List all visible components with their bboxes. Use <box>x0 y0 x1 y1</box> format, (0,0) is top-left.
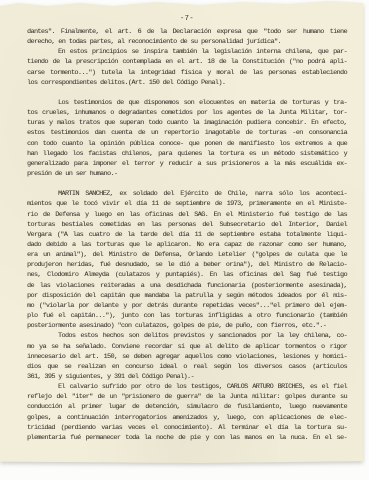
text-line: turas y malos tratos que superan todo cu… <box>27 118 347 128</box>
text-line: conducción al primer lugar de detención,… <box>27 402 347 412</box>
text-line: presión de un ser humano.- <box>27 169 347 179</box>
paragraph: Todos estos hechos son delitos previstos… <box>27 331 347 382</box>
text-line: por disposición del capitán que mandaba … <box>27 291 347 301</box>
text-line: posteriormente asesinado) "con culatazos… <box>27 321 347 331</box>
page-number: -7- <box>27 0 347 27</box>
text-line: En estos principios se inspira también l… <box>27 47 347 57</box>
text-line: plo fué el capitán..."), junto con las t… <box>27 311 347 321</box>
text-line: con todo cuanto la opinión pública conoc… <box>27 139 347 149</box>
text-line: Todos estos hechos son delitos previstos… <box>27 331 347 341</box>
text-line: reflejo del "iter" de un "prisionero de … <box>27 392 347 402</box>
page-content: -7- dantes". Finalmente, el art. 6 de la… <box>27 0 347 443</box>
text-line: estos testimonios dan cuenta de un reper… <box>27 128 347 138</box>
text-line: dantes". Finalmente, el art. 6 de la Dec… <box>27 27 347 37</box>
text-line: de las violaciones reiteradas a una desd… <box>27 281 347 291</box>
text-line: plementaria fué permanecer toda la noche… <box>27 433 347 443</box>
text-line: golpes, a continuación interrogatorios a… <box>27 413 347 423</box>
text-line: rio de Defensa y luego en las oficinas d… <box>27 210 347 220</box>
text-line: los correspondientes delitos.(Art. 150 d… <box>27 78 347 88</box>
text-line: 361, 395 y siguientes, y 391 del Código … <box>27 372 347 382</box>
paragraph: El calvario sufrido por otro de los test… <box>27 382 347 443</box>
text-line: torturas bestiales cometidas en las pers… <box>27 220 347 230</box>
text-line: innecesario del art. 150, se deben agreg… <box>27 352 347 362</box>
text-line: han llegado los facistas chilenos, para … <box>27 149 347 159</box>
text-line: tiendo de la prescripción contemplada en… <box>27 57 347 67</box>
text-line: tricidad (perdiendo varias veces el cono… <box>27 423 347 433</box>
text-line: mo ya se ha señalado. Conviene recordar … <box>27 342 347 352</box>
scanned-page-wrapper: -7- dantes". Finalmente, el art. 6 de la… <box>0 0 363 463</box>
document-page: -7- dantes". Finalmente, el art. 6 de la… <box>0 0 363 463</box>
paragraph: MARTIN SANCHEZ, ex soldado del Ejército … <box>27 189 347 331</box>
text-line: nes, Clodomiro Almeyda (culatazos y punt… <box>27 270 347 280</box>
text-line: Vergara ("A las cuatro de la tarde del d… <box>27 230 347 240</box>
text-line: MARTIN SANCHEZ, ex soldado del Ejército … <box>27 189 347 199</box>
text-line: tos crueles, inhumanos o degradantes com… <box>27 108 347 118</box>
text-line: mo ("violarla por delante y por detrás d… <box>27 301 347 311</box>
text-line: dado debido a las torturas que le aplica… <box>27 240 347 250</box>
text-line: Los testimonios de que disponemos son el… <box>27 98 347 108</box>
paragraph: Los testimonios de que disponemos son el… <box>27 98 347 179</box>
paragraph: dantes". Finalmente, el art. 6 de la Dec… <box>27 27 347 47</box>
text-line: El calvario sufrido por otro de los test… <box>27 382 347 392</box>
text-line: derecho, en todas partes, al reconocimie… <box>27 37 347 47</box>
text-line: dios que se realizan en concurso ideal o… <box>27 362 347 372</box>
text-line: era un animal"), del Ministro de Defensa… <box>27 250 347 260</box>
text-line: carse tormento...") tutela la integridad… <box>27 68 347 78</box>
text-line: mientos que le tocó vivir el día 11 de s… <box>27 199 347 209</box>
text-line: produjeron heridas, fué desnudado, se le… <box>27 260 347 270</box>
document-body: dantes". Finalmente, el art. 6 de la Dec… <box>27 27 347 443</box>
paragraph: En estos principios se inspira también l… <box>27 47 347 88</box>
text-line: generalizado para imponer el terror y re… <box>27 159 347 169</box>
